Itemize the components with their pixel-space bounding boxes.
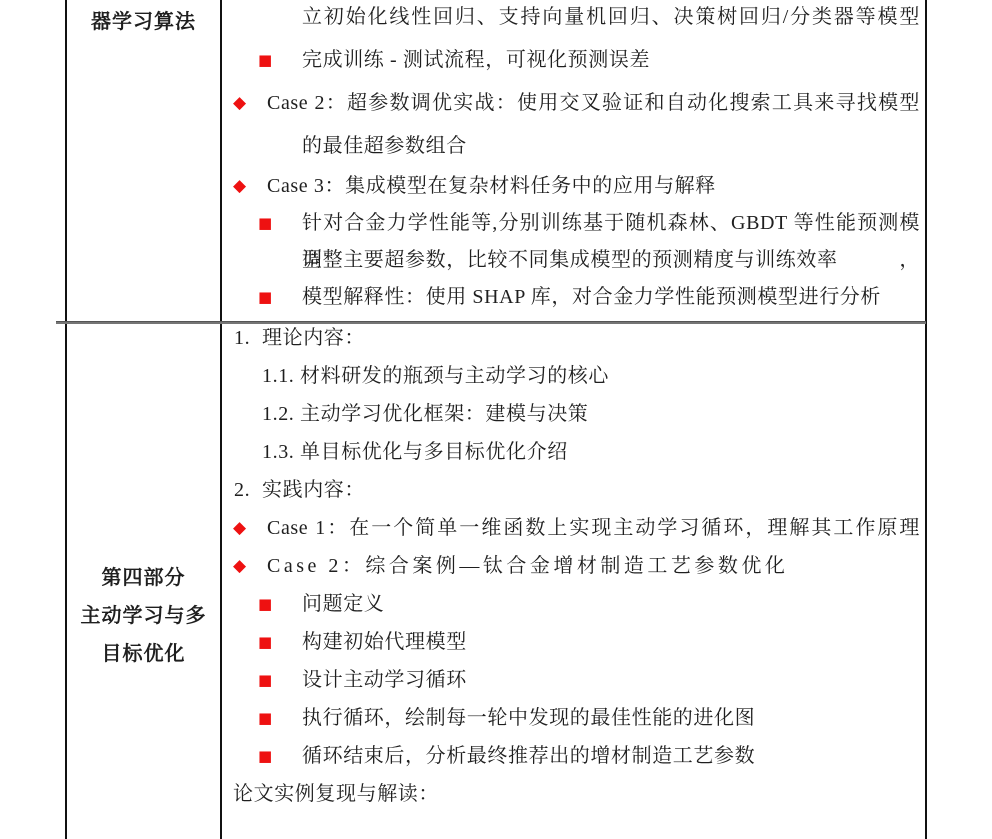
list-item-text: 1.1. 材料研发的瓶颈与主动学习的核心 [262,357,924,395]
list-item-text: 问题定义 [302,585,924,623]
list-item-text: Case 1：在一个简单一维函数上实现主动学习循环，理解其工作原理 [267,509,920,547]
diamond-bullet-icon: ◆ [233,82,247,125]
list-item-text: 实践内容： [262,471,924,509]
list-item-text: 理论内容： [262,319,924,357]
list-item: 论文实例复现与解读： [221,775,924,813]
list-item: ■ 问题定义 [221,585,924,623]
list-item-text: Case 3：集成模型在复杂材料任务中的应用与解释 [267,168,924,205]
list-item: ■ 执行循环，绘制每一轮中发现的最佳性能的进化图 [221,699,924,737]
row2-header-line: 目标优化 [67,635,220,673]
list-item-text: 模型解释性：使用 SHAP 库，对合金力学性能预测模型进行分析 [302,279,924,316]
list-item-text: 执行循环，绘制每一轮中发现的最佳性能的进化图 [302,699,924,737]
list-item: 1.1. 材料研发的瓶颈与主动学习的核心 [221,357,924,395]
list-item: 立初始化线性回归、支持向量机回归、决策树回归/分类器等模型 [221,0,924,39]
square-bullet-icon: ■ [258,737,273,775]
document-page: { "colors": { "bullet_red": "#ee1111", "… [0,0,992,839]
row2-content-cell: 1. 理论内容： 1.1. 材料研发的瓶颈与主动学习的核心 1.2. 主动学习优… [221,319,924,813]
list-number: 2. [234,471,250,509]
list-item-text: Case 2：超参数调优实战：使用交叉验证和自动化搜索工具来寻找模型 [267,82,920,125]
square-bullet-icon: ■ [258,623,273,661]
list-item-text: 1.3. 单目标优化与多目标优化介绍 [262,433,924,471]
table-border-left [65,0,67,839]
list-item-text: 调整主要超参数，比较不同集成模型的预测精度与训练效率 [302,242,924,279]
list-item-text: 的最佳超参数组合 [302,125,924,168]
list-item: ■ 针对合金力学性能等,分别训练基于随机森林、GBDT 等性能预测模型， [221,205,924,242]
list-item: 的最佳超参数组合 [221,125,924,168]
list-item: ◆ Case 3：集成模型在复杂材料任务中的应用与解释 [221,168,924,205]
list-item: ■ 构建初始代理模型 [221,623,924,661]
list-item: 2. 实践内容： [221,471,924,509]
row1-header-cell: 器学习算法 [67,3,220,41]
row2-header-line: 第四部分 [67,559,220,597]
list-number: 1. [234,319,250,357]
list-item-text: 循环结束后，分析最终推荐出的增材制造工艺参数 [302,737,924,775]
square-bullet-icon: ■ [258,699,273,737]
list-item-text: 立初始化线性回归、支持向量机回归、决策树回归/分类器等模型 [302,0,920,39]
row2-header-line: 主动学习与多 [67,597,220,635]
row1-header-line: 器学习算法 [67,3,220,41]
table-border-right [925,0,927,839]
list-item: ◆ Case 1：在一个简单一维函数上实现主动学习循环，理解其工作原理 [221,509,924,547]
square-bullet-icon: ■ [258,585,273,623]
diamond-bullet-icon: ◆ [233,509,247,547]
diamond-bullet-icon: ◆ [233,547,247,585]
square-bullet-icon: ■ [258,279,273,316]
list-item-text: 完成训练 - 测试流程，可视化预测误差 [302,39,924,82]
list-item: 1.3. 单目标优化与多目标优化介绍 [221,433,924,471]
list-item: ■ 模型解释性：使用 SHAP 库，对合金力学性能预测模型进行分析 [221,279,924,316]
list-item-text: Case 2：综合案例—钛合金增材制造工艺参数优化 [267,547,924,585]
diamond-bullet-icon: ◆ [233,168,247,205]
list-item: ◆ Case 2：综合案例—钛合金增材制造工艺参数优化 [221,547,924,585]
list-item: 调整主要超参数，比较不同集成模型的预测精度与训练效率 [221,242,924,279]
list-item: ◆ Case 2：超参数调优实战：使用交叉验证和自动化搜索工具来寻找模型 [221,82,924,125]
list-item-text: 构建初始代理模型 [302,623,924,661]
list-item-text: 论文实例复现与解读： [233,775,924,813]
row1-content-cell: 立初始化线性回归、支持向量机回归、决策树回归/分类器等模型 ■ 完成训练 - 测… [221,0,924,316]
list-item: ■ 设计主动学习循环 [221,661,924,699]
square-bullet-icon: ■ [258,661,273,699]
list-item: ■ 循环结束后，分析最终推荐出的增材制造工艺参数 [221,737,924,775]
list-item: 1.2. 主动学习优化框架：建模与决策 [221,395,924,433]
list-item-text: 1.2. 主动学习优化框架：建模与决策 [262,395,924,433]
list-item-text: 设计主动学习循环 [302,661,924,699]
row2-header-cell: 第四部分 主动学习与多 目标优化 [67,559,220,673]
list-item: ■ 完成训练 - 测试流程，可视化预测误差 [221,39,924,82]
square-bullet-icon: ■ [258,39,273,82]
square-bullet-icon: ■ [258,205,273,242]
list-item: 1. 理论内容： [221,319,924,357]
